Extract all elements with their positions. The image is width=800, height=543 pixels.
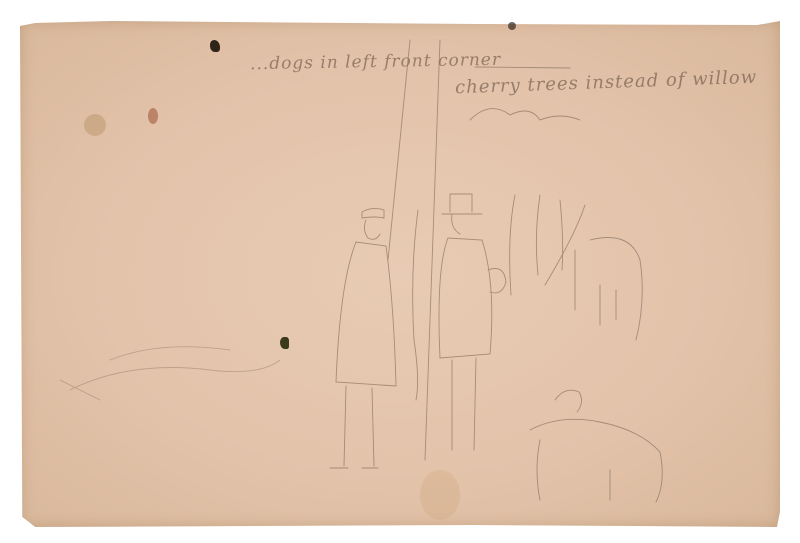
figure-man-tophat xyxy=(439,194,506,450)
pencil-sketch xyxy=(0,0,800,543)
landscape-lines xyxy=(60,347,280,400)
figure-man-cap xyxy=(330,208,396,468)
figure-horse xyxy=(575,238,642,341)
trees-background xyxy=(470,109,585,295)
figure-animal-lower xyxy=(530,390,662,502)
